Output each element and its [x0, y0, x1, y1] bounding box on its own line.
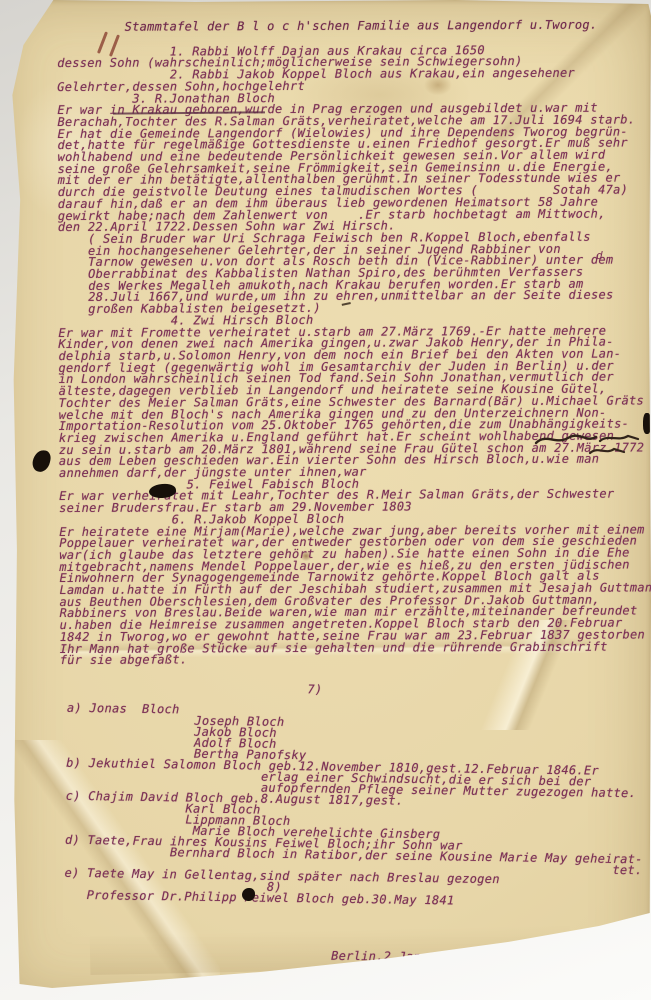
ink-blot: [31, 448, 52, 473]
handwritten-scribble: [588, 444, 628, 458]
typewritten-text: Stammtafel der B l o c h'schen Familie a…: [57, 19, 651, 987]
stray-typed-character: d: [596, 249, 603, 262]
document-section-7: 7) a) Jonas Bloch Joseph Bloch Jakob Blo…: [57, 681, 650, 910]
scanned-document-page: { "ink_color": "#7c3156", "paper_color":…: [0, 0, 651, 1000]
ink-blot: [643, 413, 651, 434]
ink-blot: [242, 888, 255, 901]
aged-paper-sheet: Stammtafel der B l o c h'schen Familie a…: [0, 0, 651, 1000]
typed-line: gez.:Prof.Dr.Philipp Bloch: [61, 972, 651, 990]
typed-line: für sie abgefaßt.: [60, 653, 650, 667]
document-body: 1. Rabbi Wolff Dajan aus Krakau circa 16…: [57, 44, 650, 667]
document-title: Stammtafel der B l o c h'schen Familie a…: [57, 19, 647, 33]
document-footer: Berlin,2.Januar 1923 gez.:Prof.Dr.Philip…: [61, 947, 651, 990]
handwritten-caret-mark: [340, 295, 351, 306]
